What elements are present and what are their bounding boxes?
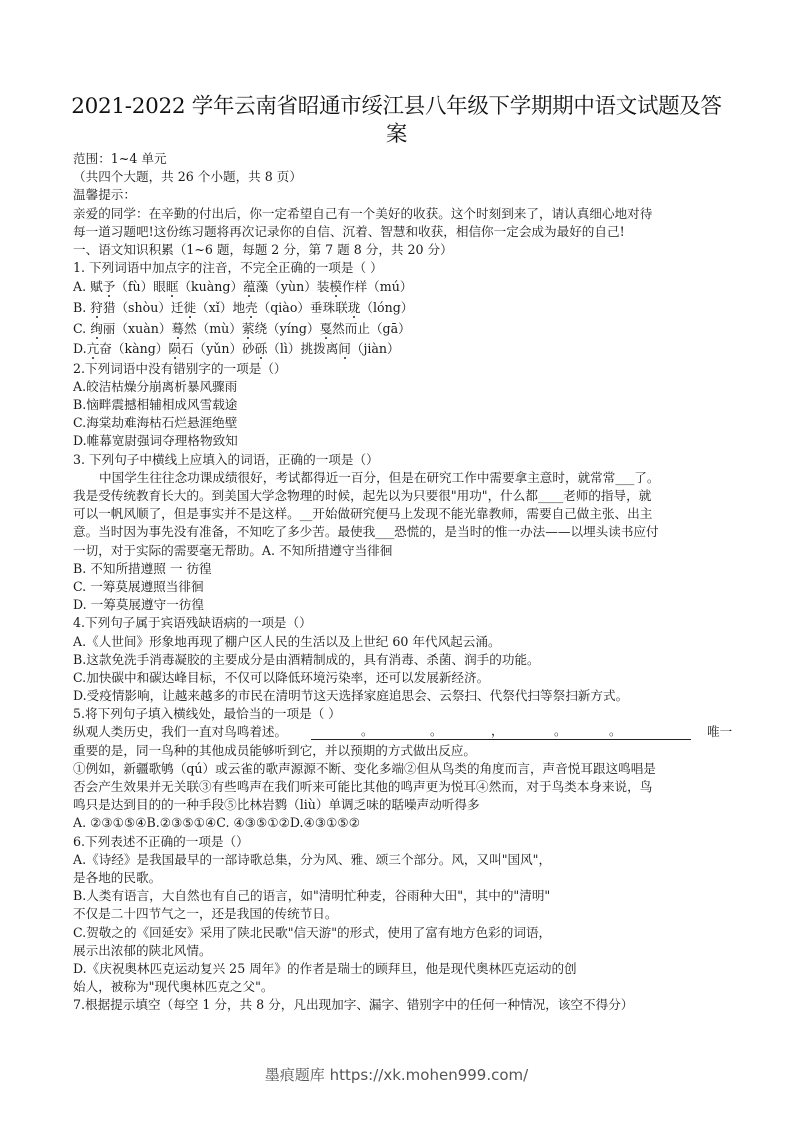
word-item: 蕴藻（yùn）: [243, 279, 317, 294]
tip-label: 温馨提示：: [73, 186, 733, 204]
emphasis-dot-char: 蕴: [243, 279, 256, 294]
word-item: 挑拨离间（jiàn）: [301, 341, 400, 356]
emphasis-dot-char: 戛: [320, 321, 333, 336]
tip-line-2: 每一道习题吧!这份练习题将再次记录你的自信、沉着、智慧和收获，相信你一定会成为最…: [73, 223, 733, 241]
emphasis-dot-char: 亢: [87, 341, 100, 356]
q2-option-c: C.海棠劫难海枯石烂悬涯绝壁: [73, 414, 733, 432]
word-item: 亢奋（kàng）: [87, 341, 169, 356]
word-item: 砂砾（lì）: [242, 341, 300, 356]
option-label: C.: [73, 321, 90, 336]
q1-option-b: B. 狩猎（shòu）迁徙（xǐ）地壳（qiào）垂珠联珑（lóng）: [73, 298, 733, 319]
q6-option-c-line-2: 展示出浓郁的陕北风情。: [73, 942, 733, 960]
q5-fill-mark: 。: [430, 722, 443, 740]
emphasis-dot-char: 萦: [242, 321, 255, 336]
q3-option-c: C. 一筹莫展遵照当徘徊: [73, 578, 733, 596]
q2-stem: 2.下列词语中没有错别字的一项是（）: [73, 360, 733, 378]
q2-option-a: A.皎洁枯燥分崩离析暴风骤雨: [73, 378, 733, 396]
word-item: 赋予（fù）: [90, 279, 153, 294]
word-item: 眼眶（kuàng）: [153, 279, 243, 294]
q7-stem: 7.根据提示填空（每空 1 分，共 8 分，凡出现加字、漏字、错别字中的任何一种…: [73, 996, 733, 1014]
q5-sentences-line-1: ①例如，新疆歌鸲（qú）或云雀的歌声源源不断、变化多端②但从鸟类的角度而言，声音…: [73, 760, 733, 778]
q5-lead-line: 纵观人类历史，我们一直对鸟鸣着述。 。。，。。 唯一: [73, 723, 733, 741]
q5-lead: 纵观人类历史，我们一直对鸟鸣着述。: [73, 724, 287, 739]
emphasis-dot-char: 陨: [168, 341, 181, 356]
q4-option-d: D.受疫情影响，让越来越多的市民在清明节这天选择家庭追思会、云祭扫、代祭代扫等祭…: [73, 687, 733, 705]
q5-sentences-line-3: 鸣只是达到目的的一种手段⑤比林岩鹨（liù）单调乏味的聒噪声动听得多: [73, 796, 733, 814]
emphasis-dot-char: 壳: [245, 300, 258, 315]
word-item: 戛然而止（gā）: [320, 321, 411, 336]
q3-passage-line-5: 一切，对于实际的需要毫无帮助。A. 不知所措遵守当徘徊: [73, 542, 733, 560]
q1-stem: 1. 下列词语中加点字的注音，不完全正确的一项是（ ）: [73, 259, 733, 277]
section-1-heading: 一、语文知识积累（1~6 题，每题 2 分，第 7 题 8 分，共 20 分）: [73, 241, 733, 259]
emphasis-dot-char: 间: [338, 341, 351, 356]
word-item: 垂珠联珑（lóng）: [310, 300, 413, 315]
q6-option-b-line-1: B.人类有语言，大自然也有自己的语言，如"清明忙种麦，谷雨种大田"，其中的"清明…: [73, 887, 733, 905]
option-label: A.: [73, 279, 90, 294]
q4-option-a: A.《人世间》形象地再现了棚户区人民的生活以及上世纪 60 年代风起云涌。: [73, 633, 733, 651]
q6-stem: 6.下列表述不正确的一项是（）: [73, 833, 733, 851]
q4-stem: 4.下列句子属于宾语残缺语病的一项是（）: [73, 614, 733, 632]
q3-stem: 3. 下列句子中横线上应填入的词语，正确的一项是（）: [73, 451, 733, 469]
emphasis-dot-char: 珑: [348, 300, 361, 315]
q5-options: A. ②③①⑤④B.②③⑤①④C. ④③⑤①②D.④③①⑤②: [73, 814, 733, 832]
scope-text: 范围：1~4 单元: [73, 150, 733, 168]
q5-stem: 5.将下列句子填入横线处，最恰当的一项是（ ）: [73, 705, 733, 723]
q6-option-a-line-2: 是各地的民歌。: [73, 869, 733, 887]
word-item: 狩猎（shòu）: [90, 300, 171, 315]
footer-watermark[interactable]: 墨痕题库 https://xk.mohen999.com/: [0, 1064, 793, 1085]
q5-sentences-line-2: 否会产生效果并无关联③有些鸣声在我们听来可能比其他的鸣声更为悦耳④然而，对于鸟类…: [73, 778, 733, 796]
structure-text: （共四个大题，共 26 个小题，共 8 页）: [73, 168, 733, 186]
emphasis-dot-char: 砾: [255, 341, 268, 356]
q3-option-b: B. 不知所措遵照 一 彷徨: [73, 560, 733, 578]
emphasis-dot-char: 绚: [90, 321, 103, 336]
emphasis-dot-char: 模: [329, 279, 342, 294]
q3-option-d: D. 一筹莫展遵守一彷徨: [73, 596, 733, 614]
word-item: 陨石（yǔn）: [168, 341, 242, 356]
q1-option-c: C. 绚丽（xuàn）蓦然（mù）萦绕（yíng）戛然而止（gā）: [73, 319, 733, 340]
word-item: 萦绕（yíng）: [242, 321, 320, 336]
title-line-2: 案: [60, 121, 733, 149]
q6-option-d-line-2: 始人，被称为"现代奥林匹克之父"。: [73, 978, 733, 996]
q3-passage-line-1: 中国学生往往念功课成绩很好，考试都得近一百分，但是在研究工作中需要拿主意时，就常…: [73, 469, 733, 487]
document-title: 2021-2022 学年云南省昭通市绥江县八年级下学期期中语文试题及答 案: [60, 93, 733, 149]
q2-option-d: D.帷幕宽尉强词夺理格物致知: [73, 432, 733, 450]
tip-line-1: 亲爱的同学：在辛勤的付出后，你一定希望自己有一个美好的收获。这个时刻到来了，请认…: [73, 205, 733, 223]
exam-body: 范围：1~4 单元 （共四个大题，共 26 个小题，共 8 页） 温馨提示： 亲…: [73, 150, 733, 1014]
q5-fill-blank: 。。，。。: [311, 723, 691, 740]
q4-option-c: C.加快碳中和碳达峰目标，不仅可以降低环境污染率，还可以发展新经济。: [73, 669, 733, 687]
q4-option-b: B.这款免洗手消毒凝胶的主要成分是由酒精制成的，具有消毒、杀菌、润手的功能。: [73, 651, 733, 669]
q1-options: A. 赋予（fù）眼眶（kuàng）蕴藻（yùn）装模作样（mú）B. 狩猎（s…: [73, 277, 733, 359]
q6-option-d-line-1: D.《庆祝奥林匹克运动复兴 25 周年》的作者是瑞士的顾拜旦，他是现代奥林匹克运…: [73, 960, 733, 978]
q6-option-b-line-2: 不仅是二十四节气之一，还是我国的传统节日。: [73, 905, 733, 923]
q3-passage-line-4: 意。当时因为事先没有准备，不知吃了多少苦。最使我___恐慌的，是当时的惟一办法—…: [73, 523, 733, 541]
q2-option-b: B.恼畔震撼相辅相成风雪载途: [73, 396, 733, 414]
q5-tail: 唯一: [707, 723, 732, 741]
q5-fill-mark: 。: [361, 722, 374, 740]
word-item: 迁徙（xǐ）: [171, 300, 233, 315]
word-item: 地壳（qiào）: [232, 300, 310, 315]
word-item: 装模作样（mú）: [317, 279, 413, 294]
word-item: 绚丽（xuàn）: [90, 321, 171, 336]
q3-passage-line-3: 可以一帆风顺了，但是事实并不是这样。__开始做研究便马上发现不能光靠教师，需要自…: [73, 505, 733, 523]
q1-option-d: D.亢奋（kàng）陨石（yǔn）砂砾（lì）挑拨离间（jiàn）: [73, 339, 733, 360]
option-label: D.: [73, 341, 87, 356]
q5-fill-mark: 。: [609, 722, 622, 740]
q5-fill-mark: ，: [491, 722, 504, 740]
q1-option-a: A. 赋予（fù）眼眶（kuàng）蕴藻（yùn）装模作样（mú）: [73, 277, 733, 298]
emphasis-dot-char: 狩: [90, 300, 103, 315]
q5-fill-mark: 。: [554, 722, 567, 740]
q5-continuation: 重要的是，同一鸟种的其他成员能够听到它，并以预期的方式做出反应。: [73, 742, 733, 760]
q6-option-c-line-1: C.贺敬之的《回延安》采用了陕北民歌"信天游"的形式，使用了富有地方色彩的词语，: [73, 924, 733, 942]
word-item: 蓦然（mù）: [171, 321, 241, 336]
title-line-1: 2021-2022 学年云南省昭通市绥江县八年级下学期期中语文试题及答: [60, 93, 733, 121]
q3-passage-line-2: 我是受传统教育长大的。到美国大学念物理的时候，起先以为只要很"用功"，什么都__…: [73, 487, 733, 505]
q6-option-a-line-1: A.《诗经》是我国最早的一部诗歌总集，分为风、雅、颂三个部分。风，又叫"国风"，: [73, 851, 733, 869]
option-label: B.: [73, 300, 90, 315]
emphasis-dot-char: 予: [103, 279, 116, 294]
exam-page: 2021-2022 学年云南省昭通市绥江县八年级下学期期中语文试题及答 案 范围…: [0, 0, 793, 1122]
emphasis-dot-char: 蓦: [171, 321, 184, 336]
emphasis-dot-char: 徙: [184, 300, 197, 315]
emphasis-dot-char: 眶: [166, 279, 179, 294]
